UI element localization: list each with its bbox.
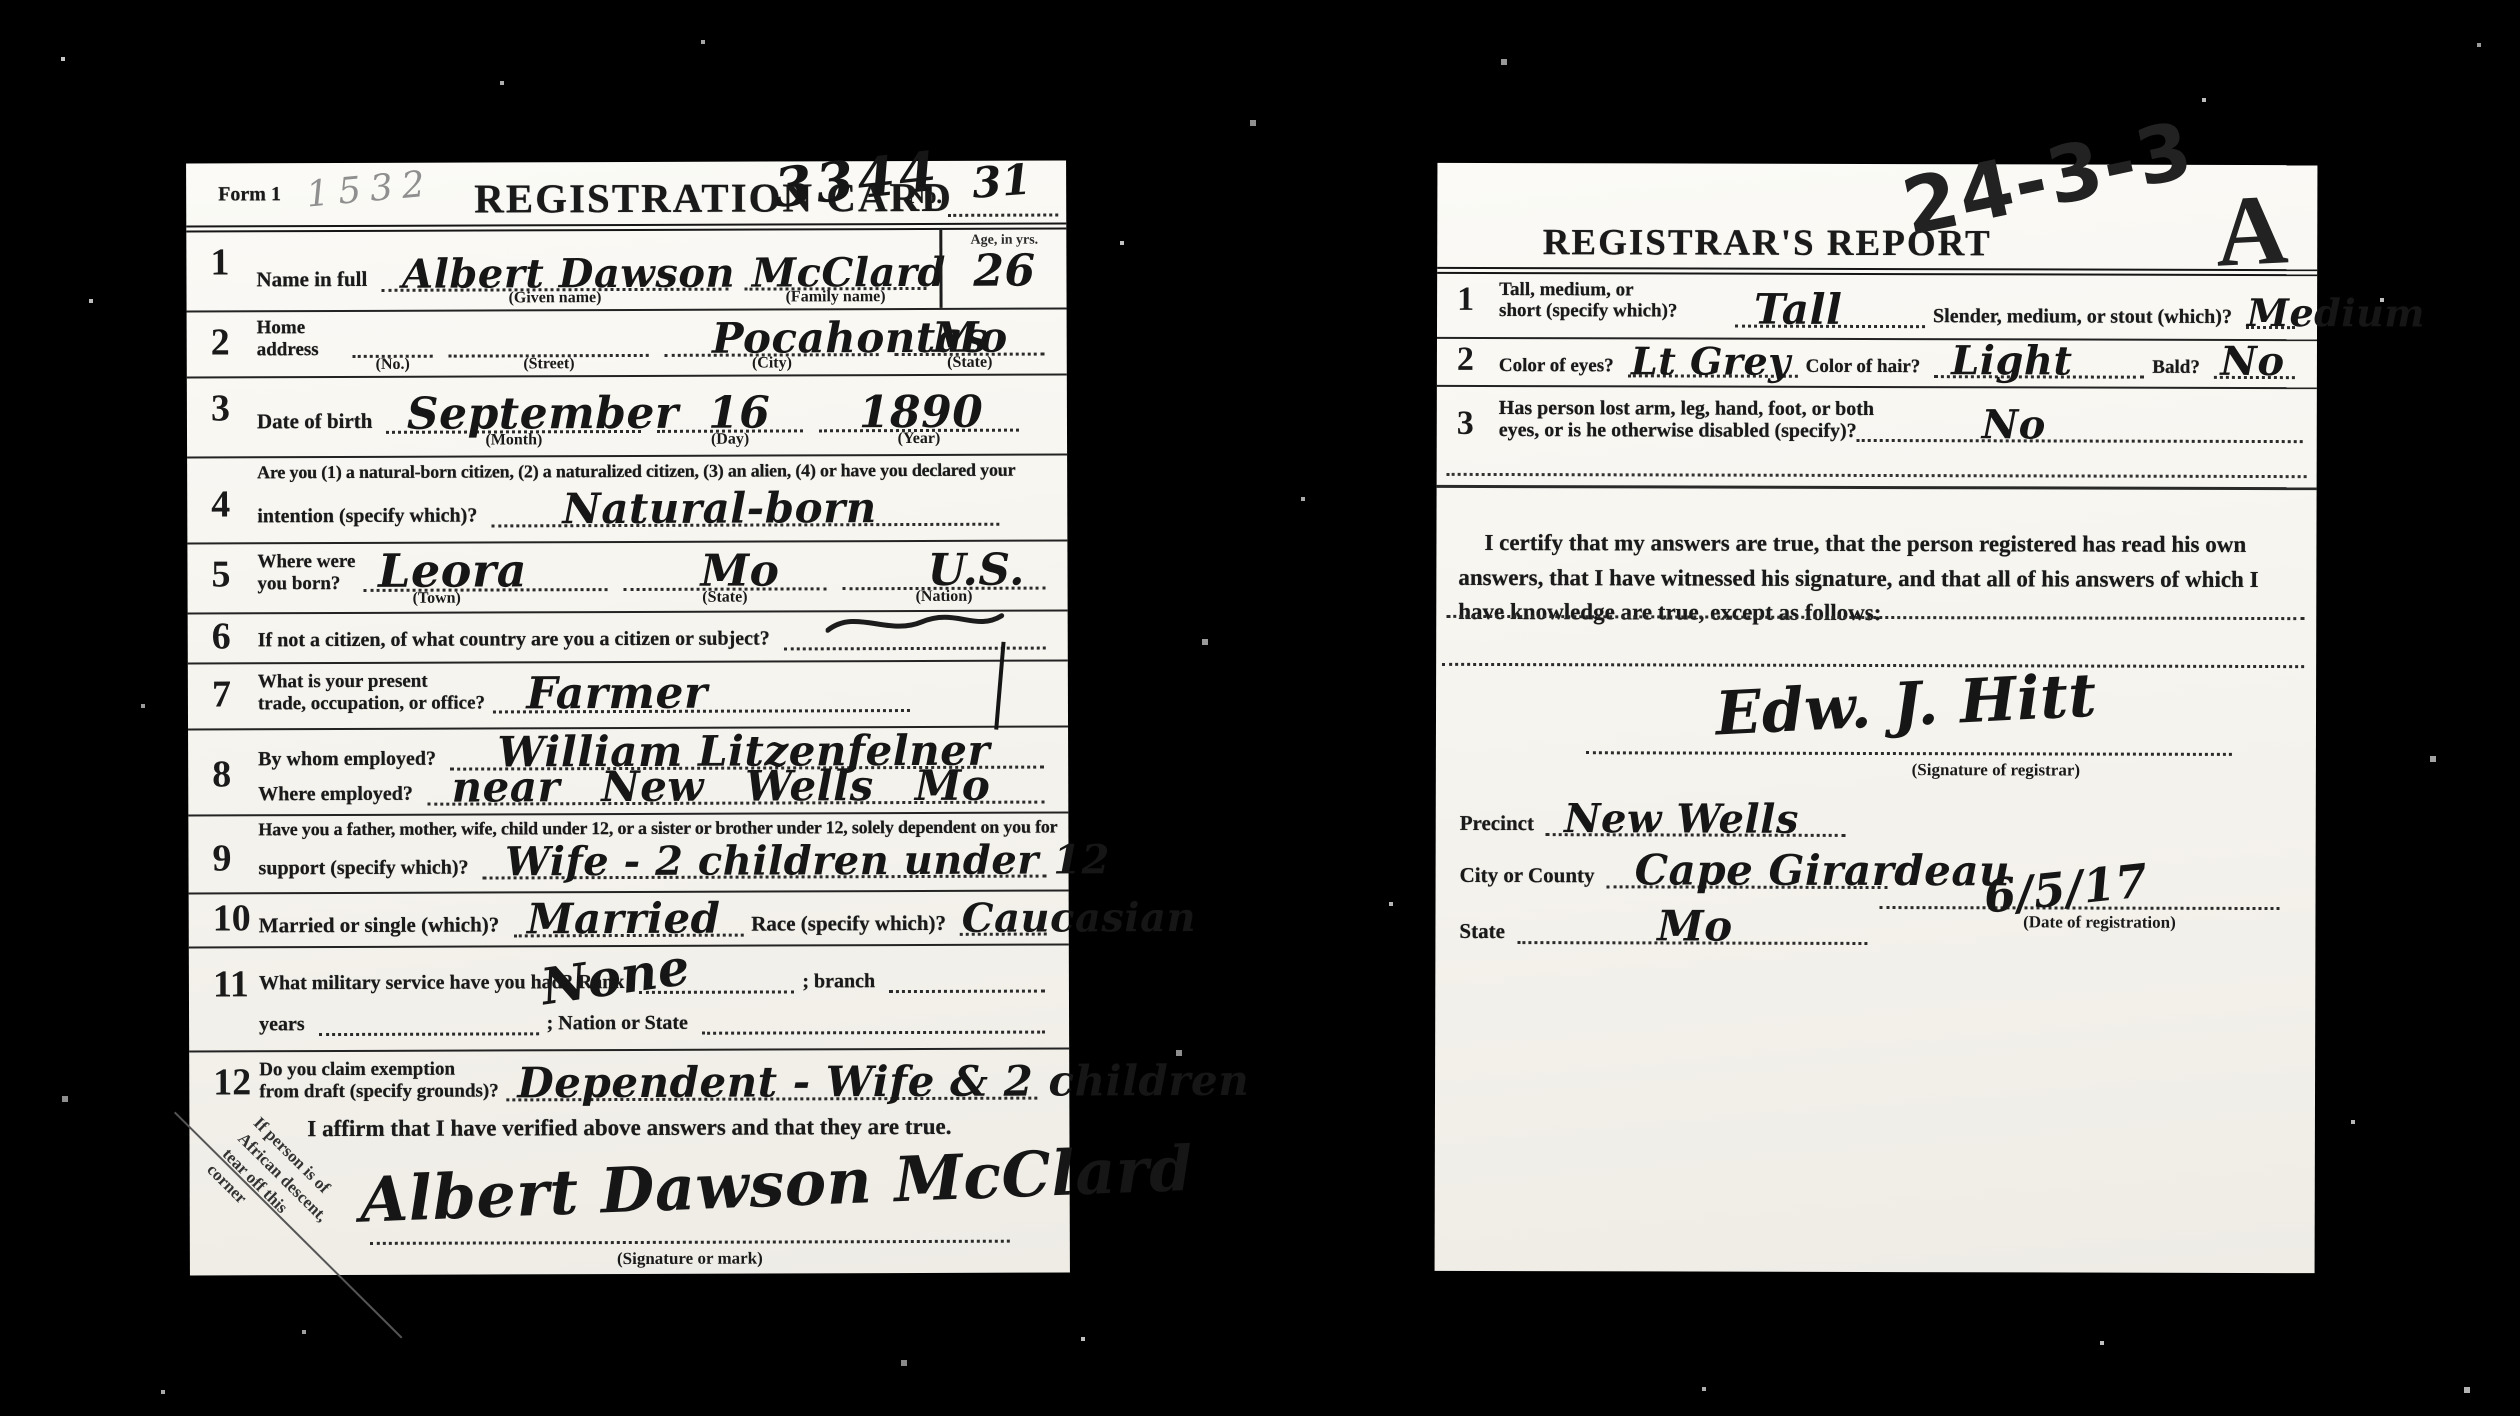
question-number: 4 <box>211 482 230 526</box>
military-nation-field <box>702 997 1045 1035</box>
order-number-value: 31 <box>970 155 1033 208</box>
name-label: Name in full <box>256 267 373 292</box>
bald-label: Bald? <box>2152 357 2206 379</box>
bald-field: No <box>2214 342 2295 379</box>
birth-day-field: 16 (Day) <box>657 395 803 433</box>
precinct-field: New Wells <box>1546 799 1846 837</box>
disability-label-line2: eyes, or is he otherwise disabled (speci… <box>1499 419 1874 442</box>
question-number: 11 <box>213 962 249 1006</box>
question-2-home-address: 2 Home address (No.) (Street) Pocahontas… <box>187 307 1067 376</box>
question-number: 6 <box>212 614 231 658</box>
question-6-foreign-citizen: 6 If not a citizen, of what country are … <box>188 609 1068 662</box>
build-label: Slender, medium, or stout (which)? <box>1933 305 2238 329</box>
question-1-name: 1 Name in full Albert Dawson (Given name… <box>186 229 1066 310</box>
hair-color-value: Light <box>1951 337 2072 384</box>
disability-value: No <box>1982 401 2046 448</box>
address-state-field: Mo (State) <box>895 319 1045 357</box>
race-label: Race (specify which)? <box>751 911 952 937</box>
address-no-field: (No.) <box>353 321 433 358</box>
registration-date-block: 6/5/17 (Date of registration) <box>1880 862 2280 910</box>
eye-color-field: Lt Grey <box>1628 340 1798 377</box>
question-10-married-race: 10 Married or single (which)? Married Ra… <box>189 889 1069 946</box>
order-number-label: No. <box>908 183 942 209</box>
registrar-signature-caption: (Signature of registrar) <box>1766 760 2226 781</box>
occupation-label-line2: trade, occupation, or office? <box>258 692 485 714</box>
city-county-label: City or County <box>1460 863 1599 888</box>
registration-card-header: Form 1 1532 REGISTRATION CARD 3344 No. 3… <box>186 160 1066 232</box>
dependents-label-line2: support (specify which)? <box>258 857 474 881</box>
birthplace-town-caption: (Town) <box>413 590 461 608</box>
hair-color-field: Light <box>1934 341 2144 379</box>
question-number: 1 <box>1457 281 1474 319</box>
age-box: Age, in yrs. 26 <box>939 229 1066 307</box>
exemption-label-line2: from draft (specify grounds)? <box>259 1080 498 1102</box>
family-name-field: McClard (Family name) <box>744 253 926 291</box>
address-street-field: (Street) <box>449 320 649 358</box>
build-value: Medium <box>2247 290 2425 335</box>
registrars-report-card: REGISTRAR'S REPORT 24-3-3 A 1 Tall, medi… <box>1435 163 2318 1273</box>
occupation-value: Farmer <box>526 668 707 720</box>
citizenship-field: Natural-born <box>491 489 999 528</box>
precinct-label: Precinct <box>1460 811 1538 836</box>
city-county-field: Cape Girardeau <box>1607 851 1888 889</box>
solid-separator <box>1437 485 2317 490</box>
question-number: 8 <box>212 752 231 796</box>
military-branch-label: ; branch <box>802 970 881 993</box>
race-value: Caucasian <box>962 894 1196 942</box>
birth-year-caption: (Year) <box>898 430 941 448</box>
birthplace-state-field: Mo (State) <box>623 553 826 591</box>
question-number: 9 <box>212 836 231 880</box>
dependents-value: Wife - 2 children under 12 <box>505 836 1110 885</box>
family-name-caption: (Family name) <box>786 288 886 306</box>
disability-field: No <box>1857 439 2303 443</box>
question-5-birthplace: 5 Where were you born? Leora (Town) Mo (… <box>187 539 1067 612</box>
question-11-military-service: 11 None What military service have you h… <box>189 943 1069 1050</box>
citizenship-label-line1: Are you (1) a natural-born citizen, (2) … <box>257 459 1059 483</box>
precinct-value: New Wells <box>1564 795 1799 843</box>
citizenship-label-line2: intention (specify which)? <box>257 505 483 529</box>
precinct-row: Precinct New Wells <box>1436 799 2316 801</box>
birth-year-field: 1890 (Year) <box>819 395 1019 433</box>
exemption-label-line1: Do you claim exemption <box>259 1059 498 1081</box>
report-question-3-disability: 3 Has person lost arm, leg, hand, foot, … <box>1437 389 2317 471</box>
race-field: Caucasian <box>960 899 1047 936</box>
birthplace-town-field: Leora (Town) <box>363 554 607 592</box>
registrant-signature: Albert Dawson McClard <box>358 1138 1040 1237</box>
question-12-exemption: 12 Do you claim exemption from draft (sp… <box>189 1047 1069 1114</box>
military-years-field <box>319 998 539 1036</box>
birth-month-value: September <box>407 388 679 440</box>
given-name-field: Albert Dawson (Given name) <box>381 254 728 292</box>
form-number-label: Form 1 <box>218 183 281 206</box>
married-value: Married <box>527 894 721 944</box>
address-street-caption: (Street) <box>523 355 574 373</box>
question-3-date-of-birth: 3 Date of birth September (Month) 16 (Da… <box>187 373 1067 456</box>
question-number: 10 <box>213 896 251 940</box>
pencil-serial-number: 1532 <box>305 163 436 215</box>
district-stamp-number: 24-3-3 <box>1895 105 2201 253</box>
citizenship-value: Natural-born <box>562 483 876 533</box>
birth-day-caption: (Day) <box>711 431 749 449</box>
order-number-line <box>948 213 1058 216</box>
exemption-value: Dependent - Wife & 2 children <box>517 1056 1249 1108</box>
question-8-employer: 8 By whom employed? William Litzenfelner… <box>188 725 1068 814</box>
question-number: 12 <box>213 1060 251 1104</box>
foreign-citizen-label: If not a citizen, of what country are yo… <box>258 627 776 652</box>
question-number: 1 <box>210 240 229 284</box>
employment-place-label: Where employed? <box>258 783 419 807</box>
eye-color-value: Lt Grey <box>1631 338 1791 383</box>
home-label-line2: address <box>257 339 319 360</box>
height-value: Tall <box>1754 285 1842 334</box>
state-label: State <box>1459 919 1509 944</box>
report-question-1-build: 1 Tall, medium, or short (specify which)… <box>1437 275 2317 341</box>
exemption-field: Dependent - Wife & 2 children <box>507 1063 1038 1102</box>
birthplace-state-caption: (State) <box>702 589 747 607</box>
city-county-row: City or County Cape Girardeau <box>1436 851 2316 853</box>
disability-label-line1: Has person lost arm, leg, hand, foot, or… <box>1499 397 1874 420</box>
home-label-line1: Home <box>257 318 319 339</box>
birthplace-nation-field: U.S. (Nation) <box>842 553 1045 591</box>
address-no-caption: (No.) <box>376 356 410 374</box>
foreign-citizen-field <box>784 613 1046 651</box>
date-caption: (Date of registration) <box>1919 912 2279 933</box>
question-9-dependents: 9 Have you a father, mother, wife, child… <box>188 811 1068 892</box>
address-state-caption: (State) <box>947 354 992 372</box>
birth-date-label: Date of birth <box>257 409 379 434</box>
birth-month-caption: (Month) <box>485 431 542 449</box>
height-field: Tall <box>1735 291 1925 328</box>
hair-color-label: Color of hair? <box>1806 356 1927 378</box>
question-number: 2 <box>1457 341 1474 379</box>
question-7-occupation: 7 What is your present trade, occupation… <box>188 659 1068 728</box>
squiggle-mark <box>826 606 1006 646</box>
state-field: Mo <box>1517 907 1868 945</box>
address-city-field: Pocahontas (City) <box>665 319 879 357</box>
age-value: 26 <box>942 245 1066 296</box>
given-name-caption: (Given name) <box>509 289 602 307</box>
occupation-label-line1: What is your present <box>258 671 485 693</box>
question-number: 2 <box>211 320 230 364</box>
signature-line <box>370 1240 1010 1245</box>
employer-label: By whom employed? <box>258 748 442 772</box>
employment-place-field: near New Wells Mo <box>427 767 1045 806</box>
film-noise-specks <box>0 0 2 2</box>
height-label-line2: short (specify which)? <box>1499 300 1677 322</box>
bald-value: No <box>2220 338 2284 385</box>
employment-place-value: near New Wells Mo <box>451 761 990 812</box>
registration-card-body: 1 Name in full Albert Dawson (Given name… <box>186 229 1070 1294</box>
state-value: Mo <box>1657 901 1733 950</box>
military-nation-label: ; Nation or State <box>547 1012 694 1036</box>
dependents-field: Wife - 2 children under 12 <box>482 841 1046 880</box>
date-field: 6/5/17 <box>1880 862 2280 910</box>
birthplace-label-line2: you born? <box>257 573 355 595</box>
question-4-citizenship: 4 Are you (1) a natural-born citizen, (2… <box>187 453 1067 542</box>
birthplace-label-line1: Where were <box>257 551 355 573</box>
build-field: Medium <box>2246 292 2295 329</box>
birthplace-nation-caption: (Nation) <box>916 588 973 606</box>
birth-month-field: September (Month) <box>386 396 641 434</box>
military-branch-field <box>889 956 1045 994</box>
registration-card: Form 1 1532 REGISTRATION CARD 3344 No. 3… <box>186 160 1070 1275</box>
registrar-signature: Edw. J. Hitt <box>1565 653 2248 757</box>
report-question-2-features: 2 Color of eyes? Lt Grey Color of hair? … <box>1437 339 2317 389</box>
eye-color-label: Color of eyes? <box>1499 355 1620 377</box>
question-number: 7 <box>212 672 231 716</box>
question-number: 3 <box>1457 405 1474 443</box>
married-field: Married <box>513 900 743 938</box>
district-stamp: 24-3-3 A <box>1901 134 2287 288</box>
height-label-line1: Tall, medium, or <box>1499 279 1677 301</box>
dotted-separator <box>1447 473 2307 478</box>
question-number: 5 <box>211 552 230 596</box>
question-number: 3 <box>211 386 230 430</box>
married-label: Married or single (which)? <box>259 912 506 938</box>
address-city-caption: (City) <box>752 354 792 372</box>
signature-caption: (Signature or mark) <box>370 1248 1010 1270</box>
military-years-label: years <box>259 1013 311 1036</box>
registrar-signature-line <box>1586 751 2232 756</box>
occupation-field: Farmer <box>493 675 910 713</box>
